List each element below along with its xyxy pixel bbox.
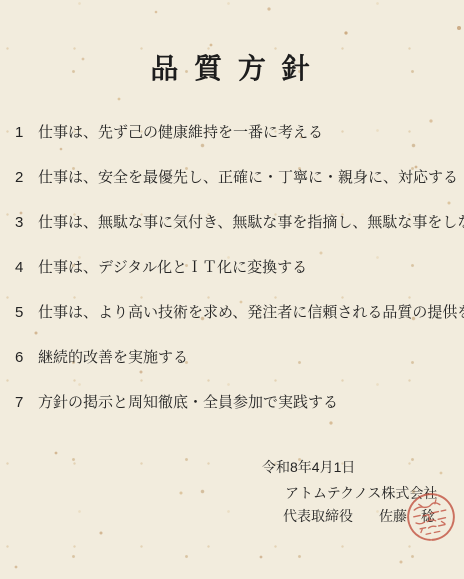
item-text: 仕事は、より高い技術を求め、発注者に信頼される品質の提供を目指す	[38, 304, 464, 321]
item-number: 6	[15, 349, 38, 366]
item-text: 継続的改善を実施する	[38, 349, 188, 366]
item-text: 仕事は、安全を最優先し、正確に・丁寧に・親身に、対応する	[38, 169, 458, 186]
item-text: 仕事は、デジタル化とＩＴ化に変換する	[38, 259, 307, 276]
policy-item-7: 7 方針の掲示と周知徹底・全員参加で実践する	[15, 394, 460, 411]
policy-item-1: 1 仕事は、先ず己の健康維持を一番に考える	[15, 124, 460, 141]
item-number: 7	[15, 394, 38, 411]
issue-date: 令和8年4月1日	[262, 457, 355, 477]
quality-policy-poster: 品 質 方 針 1 仕事は、先ず己の健康維持を一番に考える 2 仕事は、安全を最…	[0, 0, 464, 579]
policy-item-2: 2 仕事は、安全を最優先し、正確に・丁寧に・親身に、対応する	[15, 169, 460, 186]
item-text: 仕事は、無駄な事に気付き、無駄な事を指摘し、無駄な事をしない	[38, 214, 464, 231]
paper-texture-flecks	[0, 0, 2, 2]
item-number: 1	[15, 124, 38, 141]
policy-item-6: 6 継続的改善を実施する	[15, 349, 460, 366]
policy-item-4: 4 仕事は、デジタル化とＩＴ化に変換する	[15, 259, 460, 276]
page-title: 品 質 方 針	[0, 47, 464, 87]
policy-item-5: 5 仕事は、より高い技術を求め、発注者に信頼される品質の提供を目指す	[15, 304, 460, 321]
representative-role: 代表取締役	[283, 508, 353, 524]
policy-list: 1 仕事は、先ず己の健康維持を一番に考える 2 仕事は、安全を最優先し、正確に・…	[15, 124, 460, 439]
item-number: 5	[15, 304, 38, 321]
item-text: 仕事は、先ず己の健康維持を一番に考える	[38, 124, 323, 141]
item-number: 3	[15, 214, 38, 231]
item-number: 4	[15, 259, 38, 276]
item-number: 2	[15, 169, 38, 186]
item-text: 方針の掲示と周知徹底・全員参加で実践する	[38, 394, 338, 411]
company-seal-stamp	[403, 486, 459, 548]
policy-item-3: 3 仕事は、無駄な事に気付き、無駄な事を指摘し、無駄な事をしない	[15, 214, 460, 231]
